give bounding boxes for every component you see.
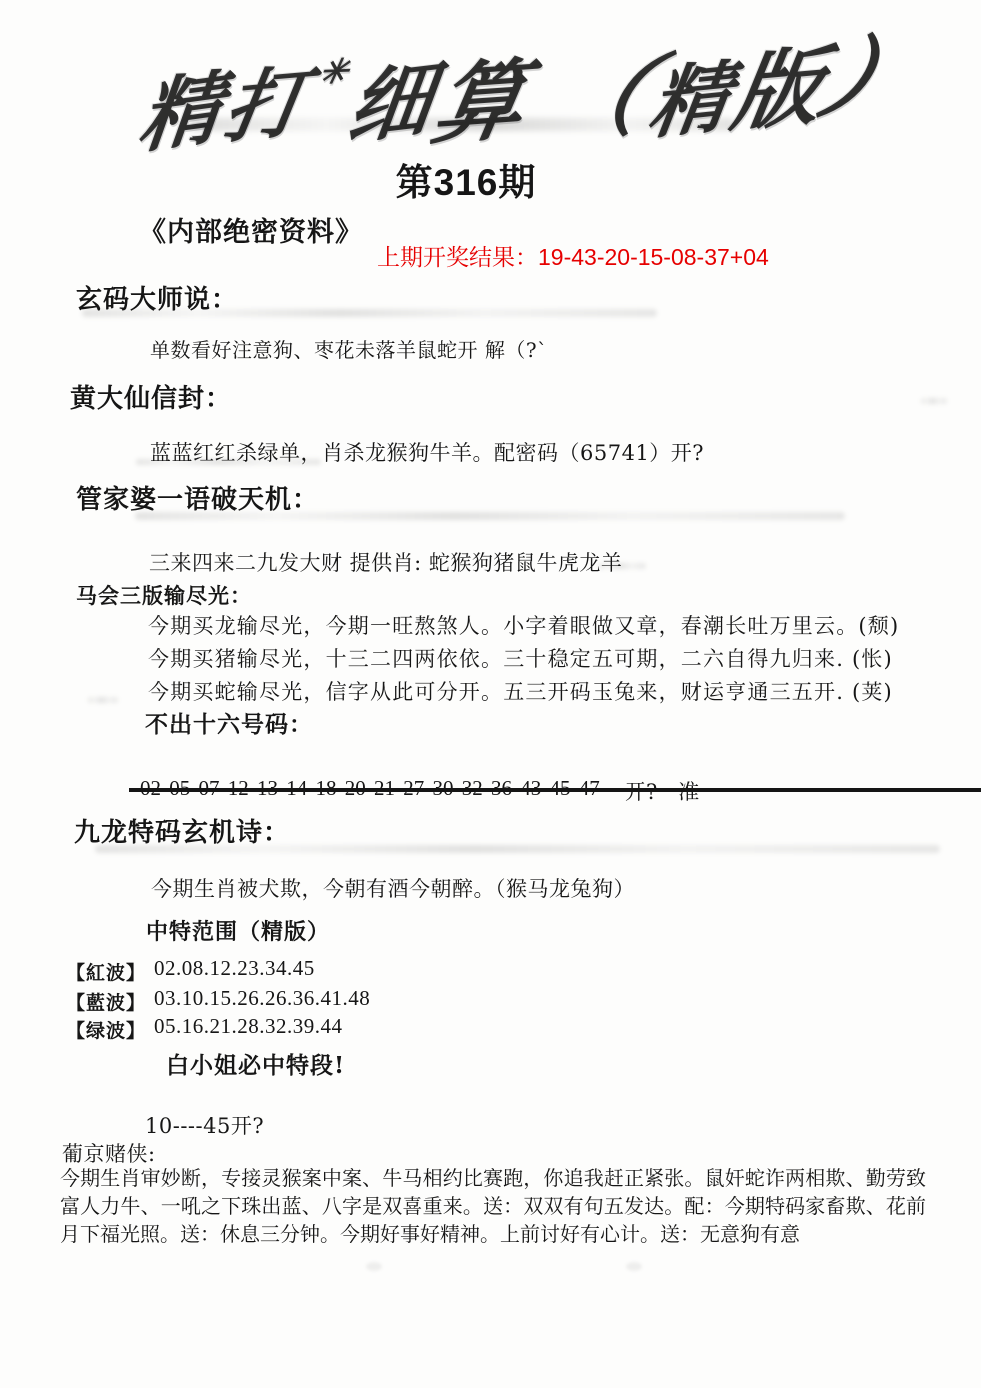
scan-smudge: [88, 697, 118, 703]
scan-smudge: [921, 398, 947, 404]
section-heading-sixteen-numbers: 不出十六号码：: [145, 706, 313, 739]
previous-draw-numbers: 19-43-20-15-08-37+04: [538, 244, 769, 270]
section-heading-guanjiapo: 管家婆一语破天机：: [76, 479, 319, 516]
section-heading-mahui: 马会三版输尽光：: [76, 580, 252, 610]
mahui-line-3: 今期买蛇输尽光，信字从此可分开。五三开码玉兔来，财运亨通三五开. (荚): [148, 676, 893, 706]
scan-smudge: [598, 563, 646, 569]
blue-wave-numbers: 03.10.15.26.26.36.41.48: [154, 986, 370, 1011]
mahui-line-1: 今期买龙输尽光，今期一旺熬煞人。小字着眼做又章，春潮长吐万里云。(颓): [148, 610, 899, 640]
issue-number: 第316期: [0, 152, 932, 206]
scan-smudge: [136, 459, 321, 465]
baixiaojie-range: 10----45开?: [145, 1110, 264, 1140]
xuanma-tip-line: 单数看好注意狗、枣花未落羊鼠蛇开 解（?`: [150, 334, 548, 363]
masthead-char: 细: [343, 58, 441, 150]
range-title: 中特范围（精版）: [146, 915, 330, 946]
scan-smudge: [366, 1262, 382, 1271]
guanjiapo-tip-line: 三来四来二九发大财 提供肖: 蛇猴狗猪鼠牛虎龙羊: [149, 547, 622, 577]
scan-smudge: [626, 1262, 642, 1271]
previous-draw-label: 上期开奖结果：: [377, 244, 538, 270]
star-icon: ✳: [315, 54, 355, 89]
previous-draw-result: 上期开奖结果：19-43-20-15-08-37+04: [377, 239, 769, 272]
excluded-numbers-strikethrough: 02 05 07 12 13 14 18 20 21 27 30 32 36 4…: [140, 776, 981, 801]
mahui-line-2: 今期买猪输尽光，十三二四两依依。三十稳定五可期，二六自得九归来. (怅): [148, 643, 893, 673]
blue-wave-label: 【藍波】: [66, 988, 146, 1015]
jiulong-poem-line: 今期生肖被犬欺，今朝有酒今朝醉。（猴马龙兔狗）: [151, 873, 635, 903]
scan-smudge: [135, 512, 845, 520]
scan-smudge: [82, 309, 657, 317]
red-wave-numbers: 02.08.12.23.34.45: [154, 956, 315, 981]
masthead-char: 打: [219, 64, 315, 149]
green-wave-label: 【绿波】: [66, 1016, 146, 1043]
secret-material-label: 《内部绝密资料》: [139, 210, 363, 249]
baixiaojie-line: 白小姐必中特段!: [166, 1047, 345, 1080]
green-wave-numbers: 05.16.21.28.32.39.44: [154, 1014, 343, 1039]
pujing-verse-paragraph: 今期生肖审妙断，专接灵猴案中案、牛马相约比赛跑，你追我赶正紧张。鼠奸蛇诈两相欺、…: [60, 1164, 926, 1248]
masthead-char: 精: [135, 67, 230, 158]
excluded-numbers-suffix: 开? 准: [625, 776, 699, 806]
section-heading-jiulong: 九龙特码玄机诗：: [74, 812, 290, 849]
scan-smudge: [95, 845, 940, 853]
section-heading-huangdaxian: 黄大仙信封：: [70, 378, 232, 415]
scan-smudge: [190, 118, 735, 131]
document-page: 精 打 ✳ 细 算 （ 精 版 ） 第316期 《内部绝密资料》 上期开奖结果：…: [0, 0, 981, 1388]
masthead-char: 精: [644, 58, 739, 144]
masthead-char: 算: [427, 55, 536, 149]
red-wave-label: 【紅波】: [66, 958, 146, 985]
